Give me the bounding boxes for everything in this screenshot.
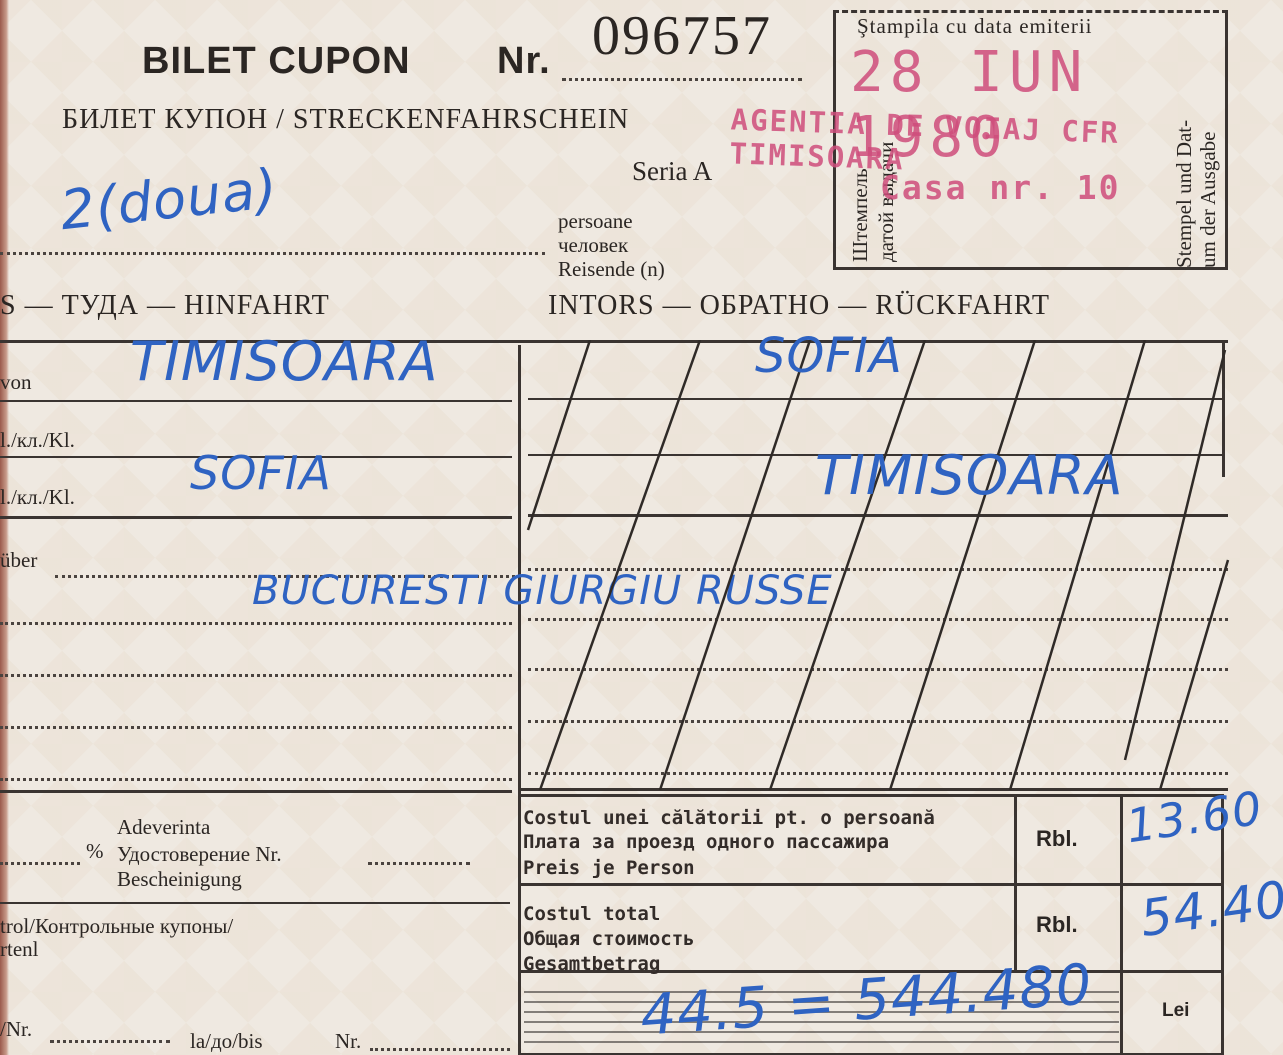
passengers-label-ru: человек (558, 234, 628, 257)
total-label-ru: Общая стоимость (523, 927, 695, 951)
certificate-percent-line (0, 862, 80, 865)
certificate-label-ro: Adeverinta (117, 816, 210, 839)
stamp-box-header: Ştampila cu data emiterii (857, 14, 1093, 39)
via-dotted-line (0, 622, 512, 625)
certificate-number-line (368, 862, 470, 865)
ticket-subtitle: БИЛЕТ КУПОН / STRECKENFAHRSCHEIN (62, 104, 629, 136)
row-rule (0, 400, 512, 402)
ticket-nr-label: Nr. (497, 40, 551, 83)
row-rule (0, 902, 510, 904)
certificate-percent: % (86, 840, 104, 863)
return-header: INTORS — ОБРАТНО — RÜCKFAHRT (548, 290, 1050, 322)
cost-box-rule (520, 883, 1222, 886)
via-dotted-line (0, 778, 512, 781)
stamp-box-label-ru-1: Штемпель (848, 168, 873, 262)
per-person-currency: Rbl. (1036, 826, 1078, 852)
row-label-via: über (0, 548, 37, 573)
control-coupons-label-2: rtenl (0, 938, 38, 961)
row-label-class-1: l./кл./Kl. (0, 428, 75, 453)
total-label-ro: Costul total (523, 902, 660, 926)
ticket-series: Seria A (632, 156, 712, 187)
passengers-label-de: Reisende (n) (558, 258, 665, 281)
row-rule (0, 790, 512, 793)
cost-box-divider (1120, 796, 1123, 1055)
via-dotted-line (0, 726, 512, 729)
ticket-nr-line (562, 78, 802, 81)
passengers-label-ro: persoane (558, 210, 633, 233)
return-to-value: TIMISOARA (815, 444, 1124, 507)
certificate-label-ru: Удостоверение Nr. (117, 843, 282, 866)
row-label-from: von (0, 370, 32, 395)
outbound-header: S — ТУДА — HINFAHRT (0, 290, 330, 322)
per-person-label-de: Preis je Person (523, 856, 695, 880)
control-nr-label: /Nr. (0, 1018, 32, 1041)
passengers-line (0, 252, 545, 255)
lei-currency: Lei (1162, 1000, 1189, 1022)
ticket-number: 096757 (592, 4, 772, 68)
control-range-nr: Nr. (335, 1030, 361, 1053)
return-crossed-out-hatching (520, 340, 1232, 790)
control-range-label: la/до/bis (190, 1030, 263, 1053)
per-person-label-ro: Costul unei călătorii pt. o persoană (523, 806, 935, 830)
certificate-label-de: Bescheinigung (117, 868, 242, 891)
row-rule (0, 516, 512, 519)
control-coupons-label: trol/Контрольные купоны/ (0, 915, 233, 938)
control-nr-line (50, 1040, 170, 1043)
outbound-from-value: TIMISOARA (130, 330, 439, 393)
booklet-binding-edge (0, 0, 9, 1055)
control-range-line (370, 1048, 510, 1051)
per-person-label-ru: Плата за проезд одного пассажира (523, 830, 889, 854)
stamp-cashier: Casa nr. 10 (880, 168, 1121, 207)
via-dotted-line (0, 674, 512, 677)
row-label-class-2: l./кл./Kl. (0, 485, 75, 510)
return-from-value: SOFIA (755, 328, 903, 384)
total-currency: Rbl. (1036, 912, 1078, 938)
total-label-de: Gesamtbetrag (523, 952, 660, 976)
outbound-to-value: SOFIA (190, 446, 332, 500)
ticket-title: BILET CUPON (142, 40, 411, 83)
